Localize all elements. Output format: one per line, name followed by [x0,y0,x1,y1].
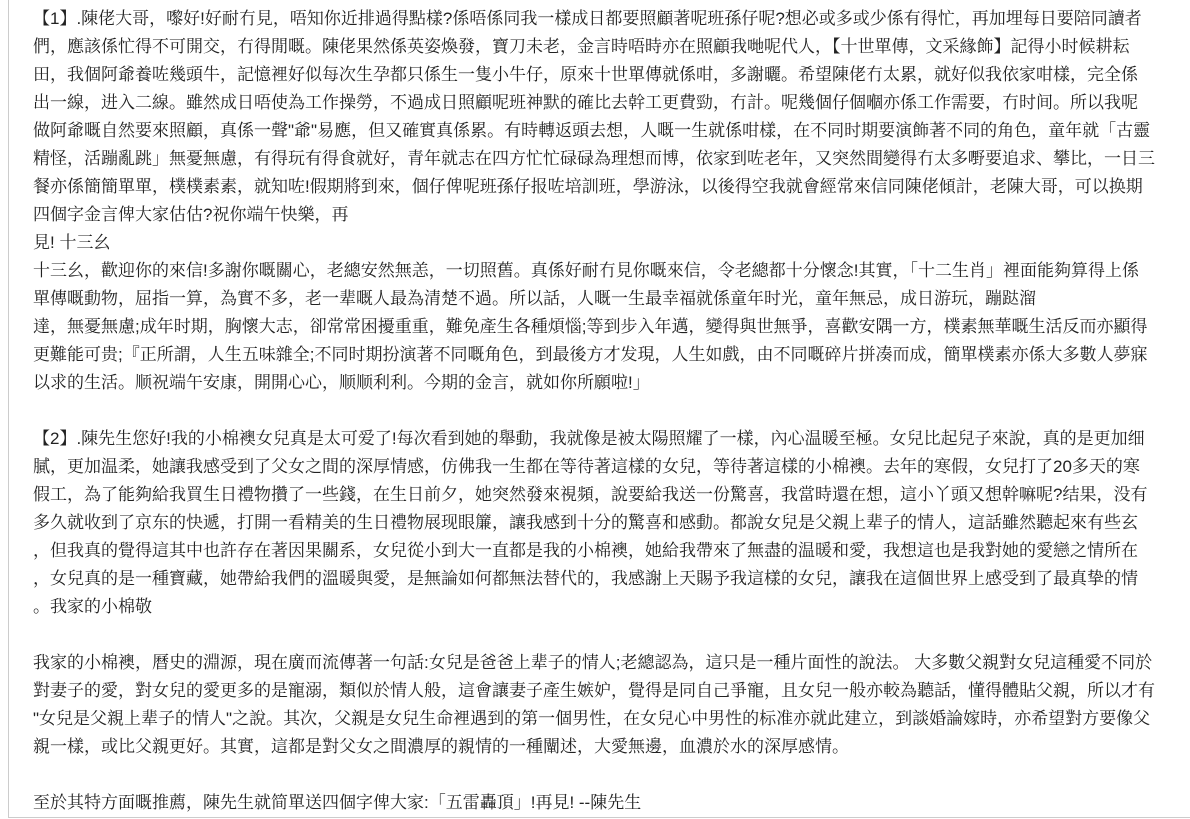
text-line: 田，我個阿爺養咗幾頭牛，記憶裡好似每次生孕都只係生一隻小牛仔，原來十世單傳就係咁… [33,61,1190,89]
text-line: ，但我真的覺得這其中也許存在著因果關系，女兒從小到大一直都是我的小棉襖，她給我帶… [33,537,1190,565]
text-line: "女兒是父親上辈子的情人"之說。其次，父親是女兒生命裡遇到的第一個男性，在女兒心… [33,705,1190,733]
blank-line [33,397,1190,425]
text-line: 對妻子的愛，對女兒的愛更多的是寵溺，類似於情人般，這會讓妻子產生嫉妒，覺得是同自… [33,677,1190,705]
text-line: 我家的小棉襖，曆史的淵源，現在廣而流傳著一句話:女兒是爸爸上辈子的情人;老總認為… [33,649,1190,677]
text-line: 單傳嘅動物，屈指一算，為實不多，老一辈嘅人最為清楚不過。所以話，人嘅一生最幸福就… [33,285,1190,313]
text-line: 以求的生活。顺祝端午安康，開開心心，顺顺利利。今期的金言，就如你所願啦!」 [33,369,1190,397]
text-line: 們，應該係忙得不可開交，冇得閒嘅。陳佬果然係英姿煥發，寶刀未老，金言時唔時亦在照… [33,33,1190,61]
text-line: 【1】.陳佬大哥，嚟好!好耐冇見，唔知你近排過得點樣?係唔係同我一樣成日都要照顧… [33,5,1190,33]
text-line: 更難能可贵;『正所謂，人生五味雜全;不同时期扮演著不同嘅角色，到最後方才发現，人… [33,341,1190,369]
text-line: 親一樣，或比父親更好。其實，這都是對父女之間濃厚的親情的一種闡述，大愛無邊，血濃… [33,733,1190,761]
blank-line [33,621,1190,649]
text-line: 【2】.陳先生您好!我的小棉襖女兒真是太可爱了!每次看到她的舉動，我就像是被太陽… [33,425,1190,453]
text-line: 。我家的小棉敬 [33,593,1190,621]
text-line: 多久就收到了京东的快遞，打開一看精美的生日禮物展现眼簾，讓我感到十分的驚喜和感動… [33,509,1190,537]
text-document: 【1】.陳佬大哥，嚟好!好耐冇見，唔知你近排過得點樣?係唔係同我一樣成日都要照顧… [8,0,1190,818]
text-line: 膩，更加温柔，她讓我感受到了父女之間的深厚情感，仿佛我一生都在等待著這樣的女兒，… [33,453,1190,481]
text-line: 做阿爺嘅自然要來照顧，真係一聲"爺"易應，但又確實真係累。有時轉返頭去想，人嘅一… [33,117,1190,145]
text-line: 餐亦係簡簡單單，樸樸素素，就知咗!假期將到來，個仔俾呢班孫仔报咗培訓班，學游泳，… [33,173,1190,201]
text-line: 十三幺，歡迎你的來信!多謝你嘅關心，老總安然無恙，一切照舊。真係好耐冇見你嘅來信… [33,257,1190,285]
text-line: 見! 十三幺 [33,229,1190,257]
blank-line [33,761,1190,789]
text-line: 至於其特方面嘅推薦，陳先生就简單送四個字俾大家:「五雷轟頂」!再見! --陳先生 [33,789,1190,817]
text-line: 四個字金言俾大家估估?祝你端午快樂，再 [33,201,1190,229]
text-line: 假工，為了能夠給我買生日禮物攢了一些錢，在生日前夕，她突然發來視頻，說要給我送一… [33,481,1190,509]
text-line: ，女兒真的是一種寶藏，她帶給我們的溫暖與愛，是無論如何都無法替代的，我感謝上天賜… [33,565,1190,593]
text-line: 出一線，进入二線。雖然成日唔使為工作操勞，不過成日照顧呢班神默的確比去幹工更費勁… [33,89,1190,117]
text-line: 達，無憂無慮;成年时期，胸懷大志，卻常常困擾重重，難免產生各種煩惱;等到步入年邁… [33,313,1190,341]
text-line: 精怪，活蹦亂跳」無憂無慮，有得玩有得食就好，青年就志在四方忙忙碌碌為理想而博，依… [33,145,1190,173]
